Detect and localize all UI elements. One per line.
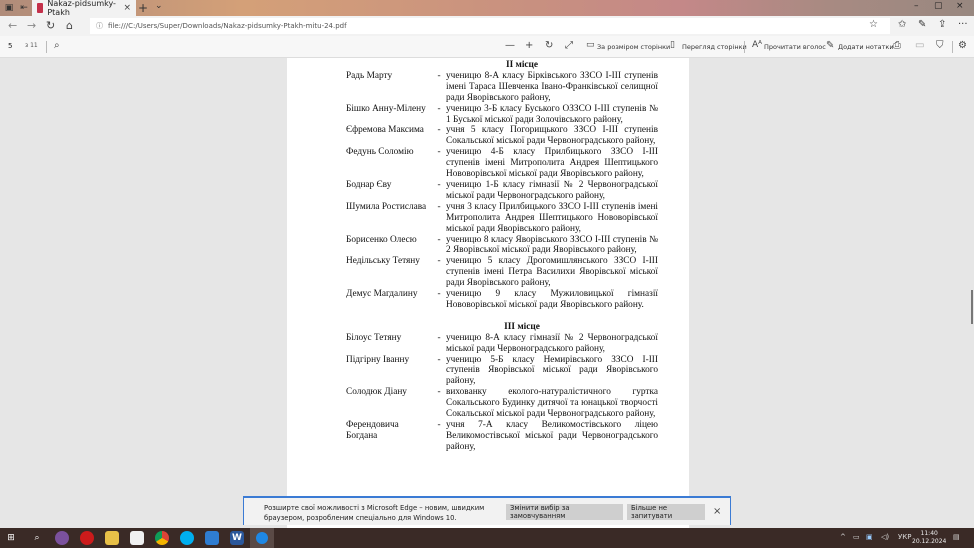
close-window-button[interactable]: ×	[956, 1, 964, 11]
dash: -	[432, 355, 446, 388]
person-name: Радь Марту	[346, 71, 432, 104]
add-notes-icon: ✎	[826, 40, 834, 51]
minimize-button[interactable]: –	[914, 1, 919, 11]
onedrive-icon[interactable]: ▣	[866, 533, 873, 541]
change-default-button[interactable]: Змінити вибір за замовчуванням	[506, 504, 623, 520]
dash: -	[432, 235, 446, 257]
calendar-icon[interactable]	[205, 531, 219, 545]
list-item: Підгірну Іванну-ученицю 5-Б класу Немирі…	[346, 355, 658, 388]
person-description: ученицю 8 класу Яворівського ЗЗСО І-ІІІ …	[446, 235, 658, 257]
person-description: ученицю 5-Б класу Немирівського ЗЗСО І-І…	[446, 355, 658, 388]
back-icon[interactable]: ←	[8, 19, 17, 32]
browser-tab[interactable]: Nakaz-pidsumky-Ptakh ×	[32, 0, 136, 16]
tab-actions-icon[interactable]: ▣	[2, 2, 16, 14]
section-heading-second-place: II місце	[386, 60, 658, 71]
list-item: Шумила Ростислава-учня 3 класу Прилбицьк…	[346, 202, 658, 235]
page-view-icon: ▯	[670, 40, 675, 50]
person-description: ученицю 9 класу Мужиловицької гімназії Н…	[446, 289, 658, 311]
list-item: Демус Магдалину-ученицю 9 класу Мужилови…	[346, 289, 658, 311]
dash: -	[432, 289, 446, 311]
person-name: Білоус Тетяну	[346, 333, 432, 355]
pdf-icon	[37, 3, 43, 13]
document-content: II місце Радь Марту-ученицю 8-А класу Бі…	[346, 60, 658, 453]
add-notes-button[interactable]: Додати нотатки	[838, 43, 894, 51]
language-indicator[interactable]: УКР	[898, 533, 911, 541]
skype-icon[interactable]	[180, 531, 194, 545]
dash: -	[432, 333, 446, 355]
volume-icon[interactable]: ◁)	[881, 533, 889, 541]
person-description: учня 3 класу Прилбицького ЗЗСО І-ІІІ сту…	[446, 202, 658, 235]
search-icon[interactable]: ⌕	[30, 531, 44, 545]
clock-date: 20.12.2024	[912, 538, 946, 546]
pdf-viewer[interactable]: II місце Радь Марту-ученицю 8-А класу Бі…	[0, 58, 974, 498]
url-input[interactable]: ⓘ file:///C:/Users/Super/Downloads/Nakaz…	[90, 18, 890, 34]
list-item: Солодюк Діану-вихованку еколого-натуралі…	[346, 387, 658, 420]
dont-ask-again-button[interactable]: Більше не запитувати	[627, 504, 705, 520]
clock[interactable]: 11:40 20.12.2024	[912, 530, 946, 546]
refresh-icon[interactable]: ↻	[46, 19, 55, 32]
favorites-icon[interactable]: ✩	[898, 19, 906, 30]
edge-icon	[256, 532, 268, 544]
page-number-input[interactable]: 5	[8, 42, 12, 50]
forward-icon[interactable]: →	[27, 19, 36, 32]
favorite-star-icon[interactable]: ☆	[869, 19, 878, 30]
read-aloud-icon: Aᴬ	[752, 40, 762, 50]
person-description: ученицю 1-Б класу гімназії № 2 Червоногр…	[446, 180, 658, 202]
save-as-icon[interactable]: ⛉	[936, 40, 944, 51]
person-description: вихованку еколого-натуралістичного гуртк…	[446, 387, 658, 420]
read-aloud-button[interactable]: Прочитати вголос	[764, 43, 826, 51]
divider	[952, 41, 953, 53]
dash: -	[432, 104, 446, 126]
list-item: Бішко Анну-Мілену-ученицю 3-Б класу Бусь…	[346, 104, 658, 126]
person-description: учня 5 класу Погорищького ЗЗСО І-ІІІ сту…	[446, 125, 658, 147]
clock-time: 11:40	[912, 530, 946, 538]
notification-text: Розширте свої можливості з Microsoft Edg…	[264, 503, 494, 523]
page-total: з 11	[25, 42, 38, 49]
person-name: Демус Магдалину	[346, 289, 432, 311]
save-icon[interactable]: ▭	[915, 40, 924, 51]
list-item: Федунь Соломію-ученицю 4-Б класу Прилбиц…	[346, 147, 658, 180]
person-name: Бішко Анну-Мілену	[346, 104, 432, 126]
person-description: ученицю 8-А класу Бірківського ЗЗСО І-ІІ…	[446, 71, 658, 104]
pdf-toolbar: 5 з 11 ⌕ — + ↻ ⤢ ▭ За розміром сторінки …	[0, 36, 974, 58]
divider	[744, 41, 745, 53]
person-name: Ферендовича Богдана	[346, 420, 432, 453]
person-description: ученицю 8-А класу гімназії № 2 Червоногр…	[446, 333, 658, 355]
zoom-out-icon[interactable]: —	[505, 40, 515, 51]
url-text: file:///C:/Users/Super/Downloads/Nakaz-p…	[108, 22, 347, 30]
person-name: Підгірну Іванну	[346, 355, 432, 388]
dash: -	[432, 202, 446, 235]
more-icon[interactable]: ···	[958, 19, 968, 30]
dash: -	[432, 387, 446, 420]
maximize-button[interactable]: ▢	[934, 1, 943, 11]
edge-notification-bar: Розширте свої можливості з Microsoft Edg…	[243, 496, 731, 525]
zoom-in-icon[interactable]: +	[525, 40, 533, 51]
start-button[interactable]: ⊞	[4, 531, 18, 545]
tray-chevron-icon[interactable]: ^	[840, 533, 846, 541]
scrollbar-thumb[interactable]	[971, 290, 973, 324]
list-item: Білоус Тетяну-ученицю 8-А класу гімназії…	[346, 333, 658, 355]
store-icon[interactable]	[130, 531, 144, 545]
person-name: Недільську Тетяну	[346, 256, 432, 289]
notifications-icon[interactable]: ▤	[953, 533, 960, 541]
dash: -	[432, 180, 446, 202]
list-item: Радь Марту-ученицю 8-А класу Бірківськог…	[346, 71, 658, 104]
pen-icon[interactable]: ✎	[918, 19, 926, 30]
tab-menu-chevron-icon[interactable]: ⌄	[155, 1, 163, 11]
list-item: Недільську Тетяну-ученицю 5 класу Дрогом…	[346, 256, 658, 289]
person-name: Боднар Єву	[346, 180, 432, 202]
tab-title: Nakaz-pidsumky-Ptakh	[47, 0, 119, 17]
person-name: Шумила Ростислава	[346, 202, 432, 235]
taskbar: ⊞ ⌕ W ^ ▭ ▣ ◁) УКР 11:40 20.12.2024 ▤	[0, 528, 974, 548]
fit-page-button[interactable]: За розміром сторінки	[597, 43, 670, 51]
person-name: Борисенко Олесю	[346, 235, 432, 257]
viber-icon[interactable]	[55, 531, 69, 545]
person-description: ученицю 5 класу Дрогомишлянського ЗЗСО І…	[446, 256, 658, 289]
tab-close-icon[interactable]: ×	[123, 3, 131, 13]
address-bar: ← → ↻ ⌂ ⓘ file:///C:/Users/Super/Downloa…	[0, 16, 974, 36]
person-description: ученицю 4-Б класу Прилбицького ЗЗСО І-ІІ…	[446, 147, 658, 180]
new-tab-button[interactable]: +	[138, 1, 148, 15]
list-item: Єфремова Максима-учня 5 класу Погорищько…	[346, 125, 658, 147]
second-place-list: Радь Марту-ученицю 8-А класу Бірківськог…	[346, 71, 658, 311]
person-name: Федунь Соломію	[346, 147, 432, 180]
network-icon[interactable]: ▭	[853, 533, 860, 541]
edge-taskbar-item[interactable]	[250, 528, 274, 548]
home-icon[interactable]: ⌂	[66, 19, 73, 32]
rotate-icon[interactable]: ↻	[545, 40, 553, 51]
dash: -	[432, 420, 446, 453]
word-icon[interactable]: W	[230, 531, 244, 545]
divider	[46, 41, 47, 53]
dash: -	[432, 256, 446, 289]
dash: -	[432, 147, 446, 180]
third-place-list: Білоус Тетяну-ученицю 8-А класу гімназії…	[346, 333, 658, 453]
person-description: учня 7-А класу Великомостівського ліцею …	[446, 420, 658, 453]
close-icon[interactable]: ×	[713, 506, 721, 517]
pin-toolbar-icon[interactable]: ⚙	[958, 40, 967, 51]
chrome-icon[interactable]	[155, 531, 169, 545]
person-name: Солодюк Діану	[346, 387, 432, 420]
page-view-button[interactable]: Перегляд сторінки	[682, 43, 747, 51]
search-icon[interactable]: ⌕	[54, 40, 60, 51]
opera-icon[interactable]	[80, 531, 94, 545]
list-item: Боднар Єву-ученицю 1-Б класу гімназії № …	[346, 180, 658, 202]
title-bar: ▣ ⇤ Nakaz-pidsumky-Ptakh × + ⌄ – ▢ ×	[0, 0, 974, 16]
person-name: Єфремова Максима	[346, 125, 432, 147]
file-explorer-icon[interactable]	[105, 531, 119, 545]
info-icon: ⓘ	[96, 21, 103, 31]
section-heading-third-place: ІІІ місце	[386, 322, 658, 333]
person-description: ученицю 3-Б класу Буського ОЗЗСО І-ІІІ с…	[446, 104, 658, 126]
list-item: Ферендовича Богдана-учня 7-А класу Велик…	[346, 420, 658, 453]
share-icon[interactable]: ⇪	[938, 19, 946, 30]
fit-page-icon: ▭	[586, 40, 595, 50]
pdf-page: II місце Радь Марту-ученицю 8-А класу Бі…	[287, 58, 689, 528]
dash: -	[432, 71, 446, 104]
fullscreen-icon[interactable]: ⤢	[565, 40, 573, 51]
print-icon[interactable]: ⎙	[893, 40, 901, 51]
set-aside-tabs-icon[interactable]: ⇤	[17, 2, 31, 14]
list-item: Борисенко Олесю-ученицю 8 класу Яворівсь…	[346, 235, 658, 257]
dash: -	[432, 125, 446, 147]
